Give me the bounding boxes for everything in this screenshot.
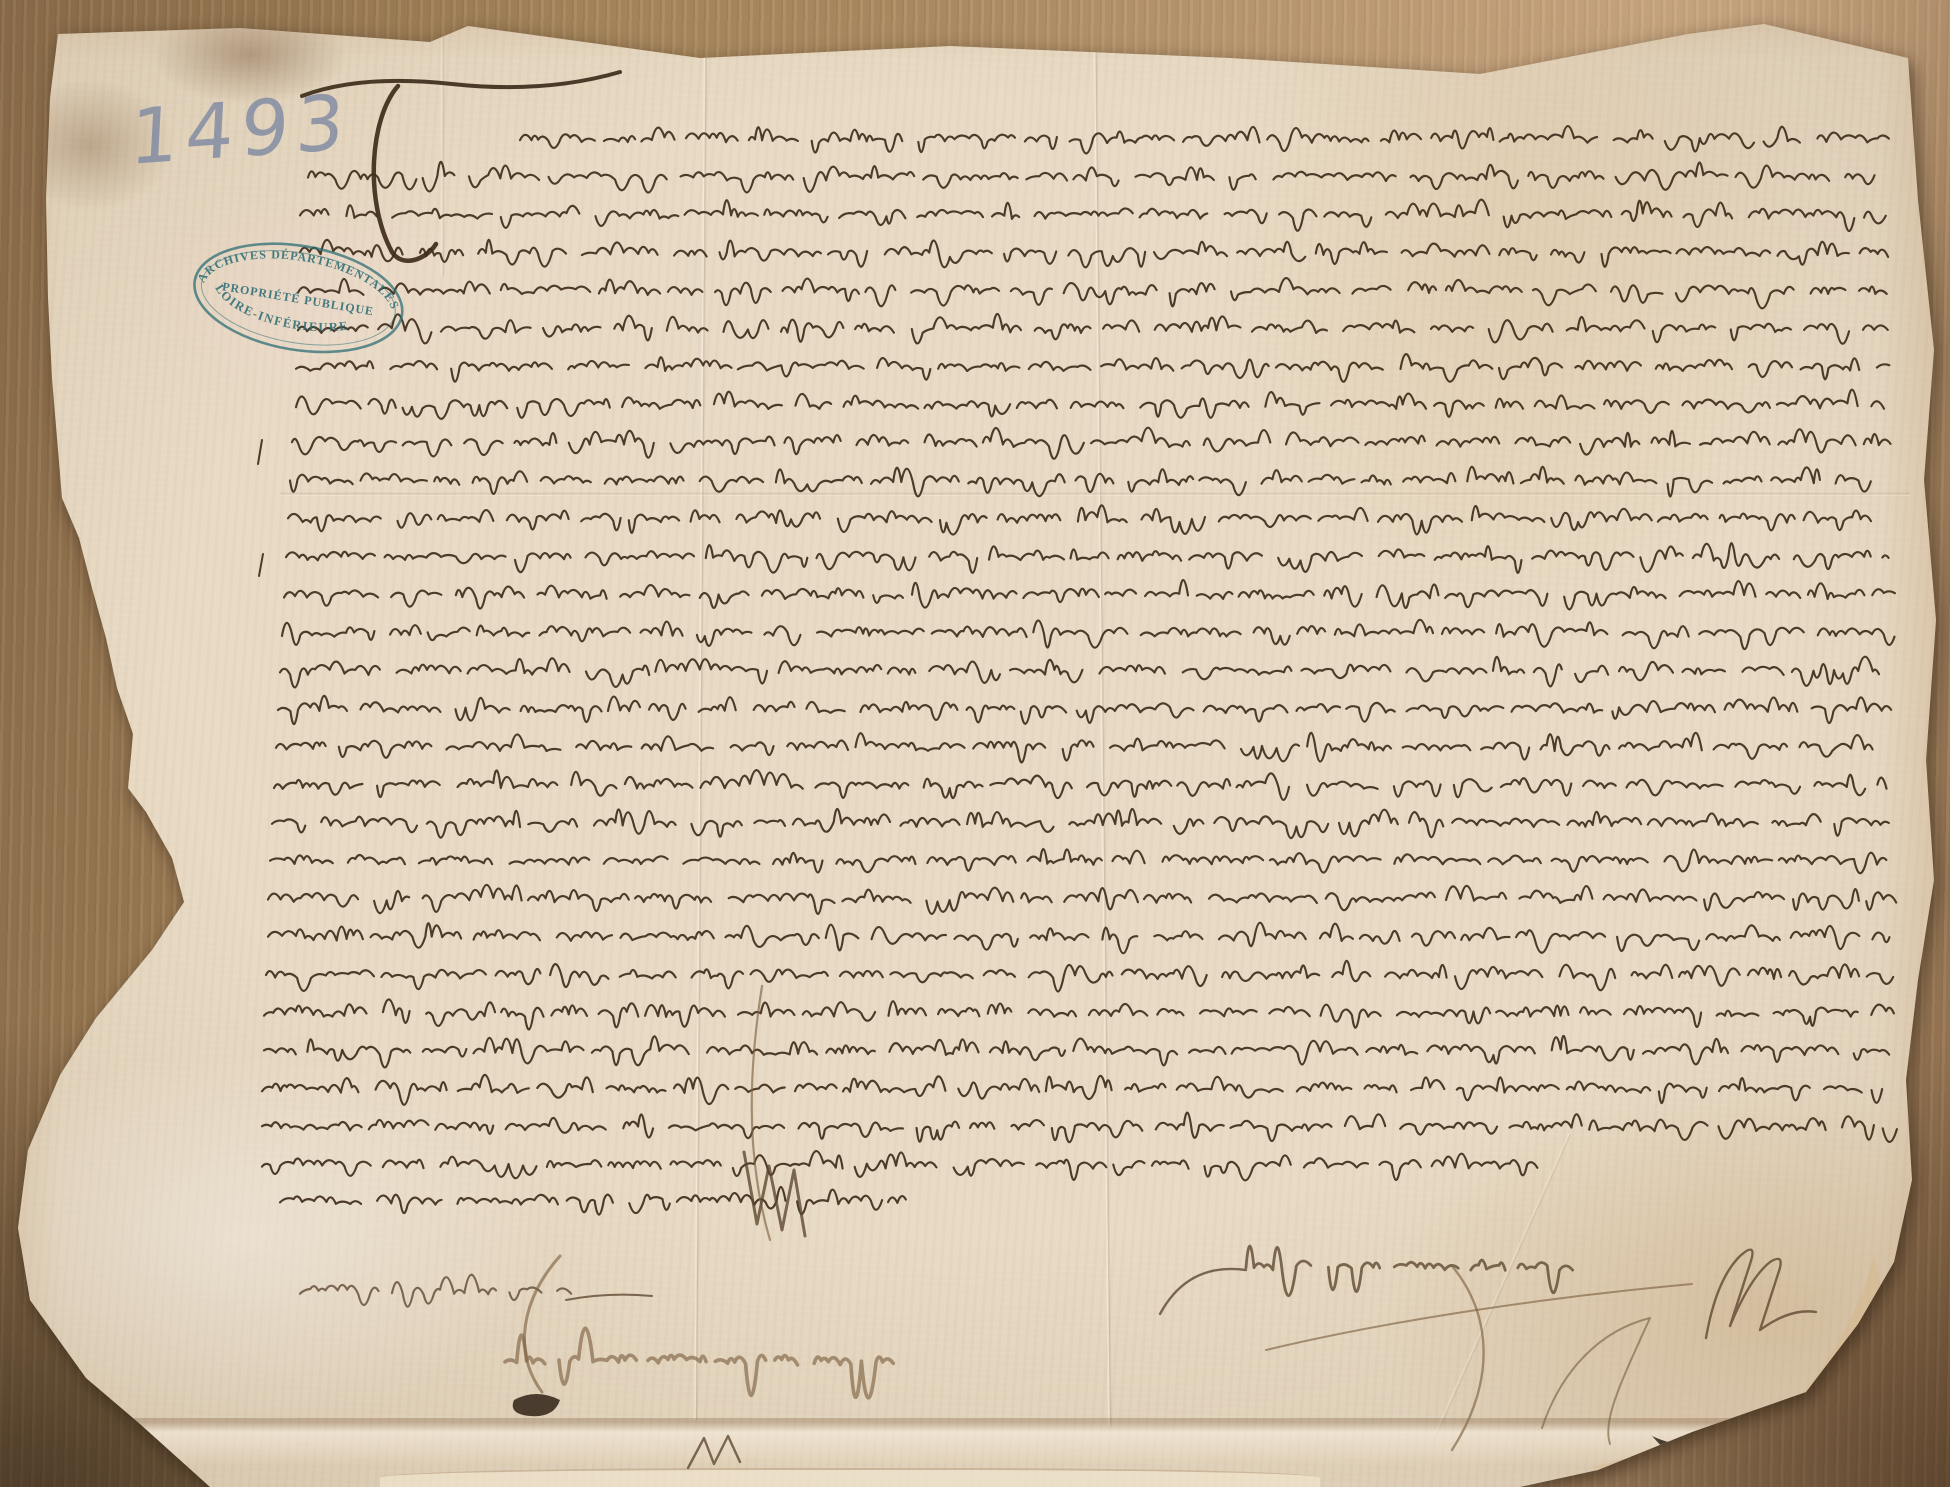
handwriting-line xyxy=(266,961,1893,992)
handwriting-line xyxy=(282,620,1895,649)
handwriting-line xyxy=(278,696,1891,724)
handwriting-line xyxy=(286,543,1889,573)
handwriting-line xyxy=(292,428,1891,459)
handwriting-line xyxy=(274,770,1887,800)
handwriting-line xyxy=(280,657,1879,688)
handwriting-line xyxy=(298,314,1888,344)
flourish-mark xyxy=(258,440,262,464)
handwriting-line xyxy=(276,733,1873,763)
pencil-year-annotation: 1493 xyxy=(128,84,353,176)
handwriting-line xyxy=(280,1187,906,1215)
handwriting-line xyxy=(520,126,1889,153)
flourish-mark xyxy=(1706,1250,1816,1338)
flourish-mark xyxy=(1652,1436,1710,1450)
handwriting-line xyxy=(262,1075,1882,1105)
handwriting-line xyxy=(300,240,1888,267)
handwriting-line xyxy=(272,809,1889,838)
signature-center xyxy=(505,1328,893,1398)
flourish-mark xyxy=(566,1295,652,1300)
handwriting-line xyxy=(268,923,1890,953)
flourish-mark xyxy=(259,554,263,576)
signature-right xyxy=(1246,1246,1573,1296)
flourish-mark xyxy=(1542,1318,1650,1444)
handwriting-line xyxy=(268,885,1896,914)
handwriting-line xyxy=(284,580,1895,609)
flourish-mark xyxy=(1160,1269,1246,1314)
handwriting-line xyxy=(298,278,1887,308)
handwriting-line xyxy=(264,999,1894,1029)
photo-of-document: ARCHIVES DÉPARTEMENTALES PROPRIÉTÉ PUBLI… xyxy=(0,0,1950,1487)
flourish-mark xyxy=(524,1256,560,1392)
handwriting-line xyxy=(300,200,1886,231)
handwriting-line xyxy=(262,1151,1537,1180)
flourish-mark xyxy=(374,86,436,261)
handwriting-line xyxy=(262,1113,1897,1142)
flourish-mark xyxy=(1590,1254,1890,1474)
handwriting-line xyxy=(308,162,1874,193)
handwriting-line xyxy=(296,390,1884,419)
flourish-mark xyxy=(513,1394,560,1416)
flourish-mark xyxy=(1452,1266,1484,1450)
handwriting-line xyxy=(296,354,1889,382)
handwriting-line xyxy=(264,1036,1889,1068)
handwriting-line xyxy=(290,467,1871,497)
parchment-document: ARCHIVES DÉPARTEMENTALES PROPRIÉTÉ PUBLI… xyxy=(0,0,1950,1487)
manuscript-svg xyxy=(0,0,1950,1487)
handwriting-line xyxy=(288,505,1871,534)
parchment-shadow-wrap: ARCHIVES DÉPARTEMENTALES PROPRIÉTÉ PUBLI… xyxy=(0,0,1950,1487)
flourish-mark xyxy=(688,1436,740,1468)
handwriting-line xyxy=(270,849,1886,873)
